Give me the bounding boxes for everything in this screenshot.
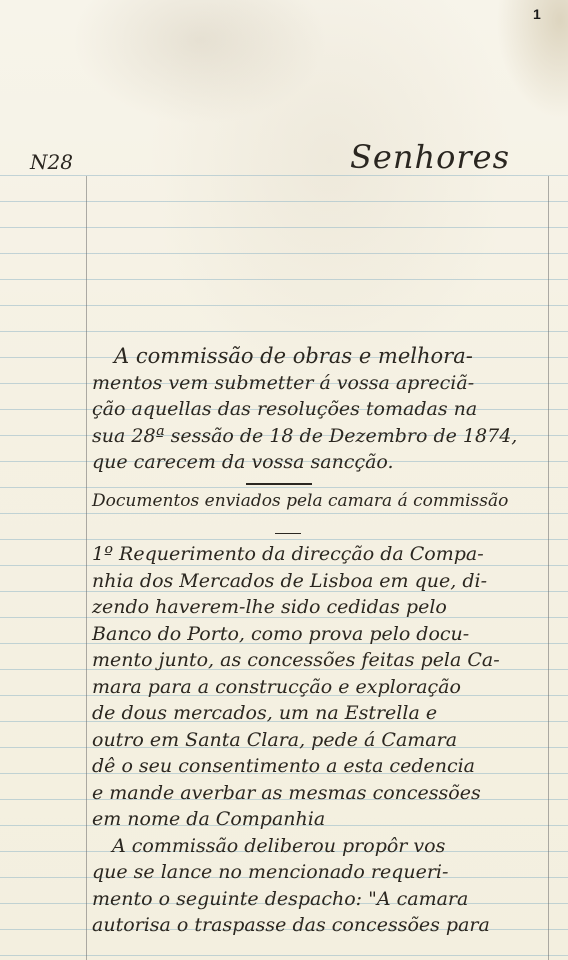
text-line: A commissão de obras e melhora- <box>92 343 517 370</box>
page-number: 1 <box>533 6 541 22</box>
document-number: N28 <box>30 150 73 174</box>
text-line: zendo haverem-lhe sido cedidas pelo <box>92 594 500 621</box>
text-line: sua 28ª sessão de 18 de Dezembro de 1874… <box>92 423 517 450</box>
text-line: Banco do Porto, como prova pelo docu- <box>92 621 500 648</box>
section-heading: Documentos enviados pela camara á commis… <box>92 491 508 511</box>
separator-rule <box>246 483 312 485</box>
salutation: Senhores <box>350 138 510 176</box>
text-line: mentos vem submetter á vossa apreciã- <box>92 370 517 397</box>
text-line: mento o seguinte despacho: "A camara <box>92 886 500 913</box>
text-line: dê o seu consentimento a esta cedencia <box>92 753 500 780</box>
text-line: de dous mercados, um na Estrella e <box>92 700 500 727</box>
intro-paragraph: A commissão de obras e melhora- mentos v… <box>92 343 517 476</box>
text-line: que se lance no mencionado requeri- <box>92 859 500 886</box>
text-line: que carecem da vossa sancção. <box>92 449 517 476</box>
left-margin-line <box>86 176 87 960</box>
separator-rule <box>275 533 301 534</box>
text-line: A commissão deliberou propôr vos <box>92 833 500 860</box>
text-line: ção aquellas das resoluções tomadas na <box>92 396 517 423</box>
right-margin-line <box>548 176 549 960</box>
text-line: 1º Requerimento da direcção da Compa- <box>92 541 500 568</box>
text-line: mento junto, as concessões feitas pela C… <box>92 647 500 674</box>
text-line: nhia dos Mercados de Lisboa em que, di- <box>92 568 500 595</box>
manuscript-page: 1 N28 Senhores A commissão de obras e me… <box>0 0 568 960</box>
body-paragraph: 1º Requerimento da direcção da Compa- nh… <box>92 541 500 939</box>
text-line: em nome da Companhia <box>92 806 500 833</box>
text-line: mara para a construcção e exploração <box>92 674 500 701</box>
text-line: outro em Santa Clara, pede á Camara <box>92 727 500 754</box>
text-line: e mande averbar as mesmas concessões <box>92 780 500 807</box>
text-line: autorisa o traspasse das concessões para <box>92 912 500 939</box>
